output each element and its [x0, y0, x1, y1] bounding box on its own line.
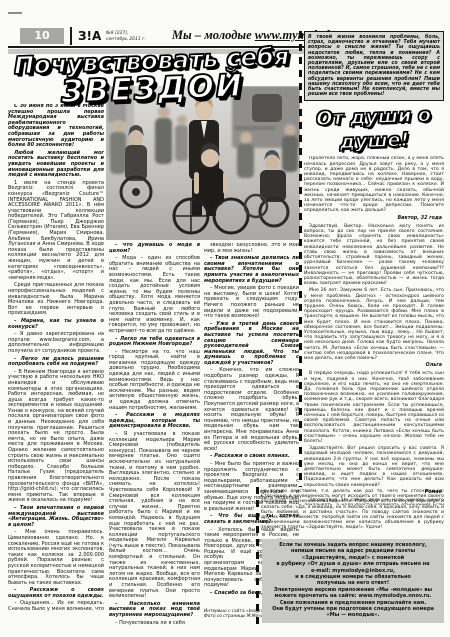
article-paragraph: – В Нижнем Новгороде я активно участвую … — [8, 370, 104, 504]
print-crop-mark — [8, 12, 22, 14]
masthead-title: Мы – молодые — [172, 28, 252, 42]
interview-question: – Марина, как ты узнала о конкурсе? — [8, 319, 104, 330]
letter-signature: Ольга — [304, 363, 442, 368]
soul-answer-continuation: но только действием, т.е. делать как раз… — [261, 489, 444, 536]
newspaper-logo: З!А — [78, 29, 101, 43]
reader-letter: Здравствуйте. Вот решил спросить у вас с… — [304, 446, 444, 488]
article-paragraph: – Мне очень понравилось. Цивилизованно с… — [8, 530, 104, 586]
article-paragraph: – Многие, увидев фото с поездки на выста… — [204, 286, 299, 320]
article-paragraph: звездой? Безусловно. Это и мой мир, и мо… — [204, 243, 299, 254]
soul-letters: Пролетело лето, жара, пляжный сезон, а у… — [304, 156, 444, 505]
reader-letter: Мне 26 лет. Замужем 6 лет. Есть сын. При… — [304, 288, 444, 361]
page-number: 10 — [20, 28, 64, 44]
article-paragraph: Любой желающий мог посетить выставку бес… — [8, 151, 104, 179]
dashed-divider — [256, 487, 259, 624]
interview-question: – Твои впечатления о первой международно… — [8, 506, 104, 528]
interview-question: – Что думаешь о моде в целом? — [109, 243, 200, 254]
psychologist-answer: Здравствуй, Виктор. Насколько могу понят… — [304, 224, 444, 286]
article-paragraph: – Я давно зарегистрирована на портале ww… — [8, 332, 104, 354]
soul-intro-box: В твоей жизни возникли проблемы, боль, с… — [304, 31, 444, 101]
newspaper-page: 10 З!А №9 (227), сентябрь 2011 г. Мы – м… — [0, 0, 450, 637]
article-column-1: С 30 июня по 3 июля в Москве успешно про… — [8, 104, 104, 612]
reader-letter: Пролетело лето, жара, пляжный сезон, а у… — [304, 156, 444, 213]
interview-question: – Расскажи о своих планах. — [204, 454, 299, 460]
article-paragraph: – Мода – один из способов обратить внима… — [109, 256, 200, 334]
article-paragraph: – Почувствовала ли я себя — [109, 621, 200, 627]
psychologist-answer: В первую очередь, надо успокоиться! У те… — [304, 371, 444, 444]
letter-signature: Виктор, 32 года — [304, 216, 442, 221]
soul-section-title: От души о душе! — [303, 103, 445, 156]
interview-question: – Твои знакомые делились ли своими впеча… — [204, 256, 299, 284]
soul-section: В твоей жизни возникли проблемы, боль, с… — [304, 31, 444, 505]
issue-date: сентябрь 2011 г. — [106, 37, 146, 43]
header-divider — [70, 27, 72, 45]
article-headline: Почувствовать себя ЗВЕЗДОЙ — [0, 43, 305, 110]
fashion-show-photo — [106, 86, 300, 240]
article-paragraph: С 30 июня по 3 июля в Москве успешно про… — [8, 104, 104, 149]
interview-question: – Насколько изменила выставка и показ мо… — [109, 602, 200, 619]
interview-question: – Уже в третий день своего пребывания в … — [204, 322, 299, 367]
article-paragraph: – Конечно, что им сложно подобрать разме… — [204, 368, 299, 452]
article-column-2: – Что думаешь о моде в целом?– Мода – од… — [109, 243, 200, 635]
photo-illustration — [106, 86, 300, 240]
article-paragraph: Среди приглашенных для показа непрофесси… — [8, 283, 104, 317]
article-paragraph: – Я участвовала в показе коллекции модел… — [109, 432, 200, 600]
issue-info: №9 (227), сентябрь 2011 г. — [106, 31, 146, 42]
contact-info-box: Если ты хочешь задать вопрос нашему псих… — [262, 539, 444, 623]
article-paragraph: – Несмотря на то, что наш город крупный,… — [109, 350, 200, 412]
interview-question: – Расскажи о своих ощущениях от показов … — [8, 588, 104, 599]
interview-question: – Легко ли тебе одеваться в родном Нижне… — [109, 337, 200, 348]
interview-question: – Легко ли далось решение попробовать се… — [8, 357, 104, 368]
interview-question: – Расскажи о моделях одежды, которые ты … — [109, 413, 200, 430]
article-paragraph: – Ощущения... Их не передать. Сначала бы… — [8, 601, 104, 612]
article-paragraph: 1 июля на стенде проекта Bezgraniz состо… — [8, 181, 104, 282]
dashed-divider — [299, 31, 302, 487]
